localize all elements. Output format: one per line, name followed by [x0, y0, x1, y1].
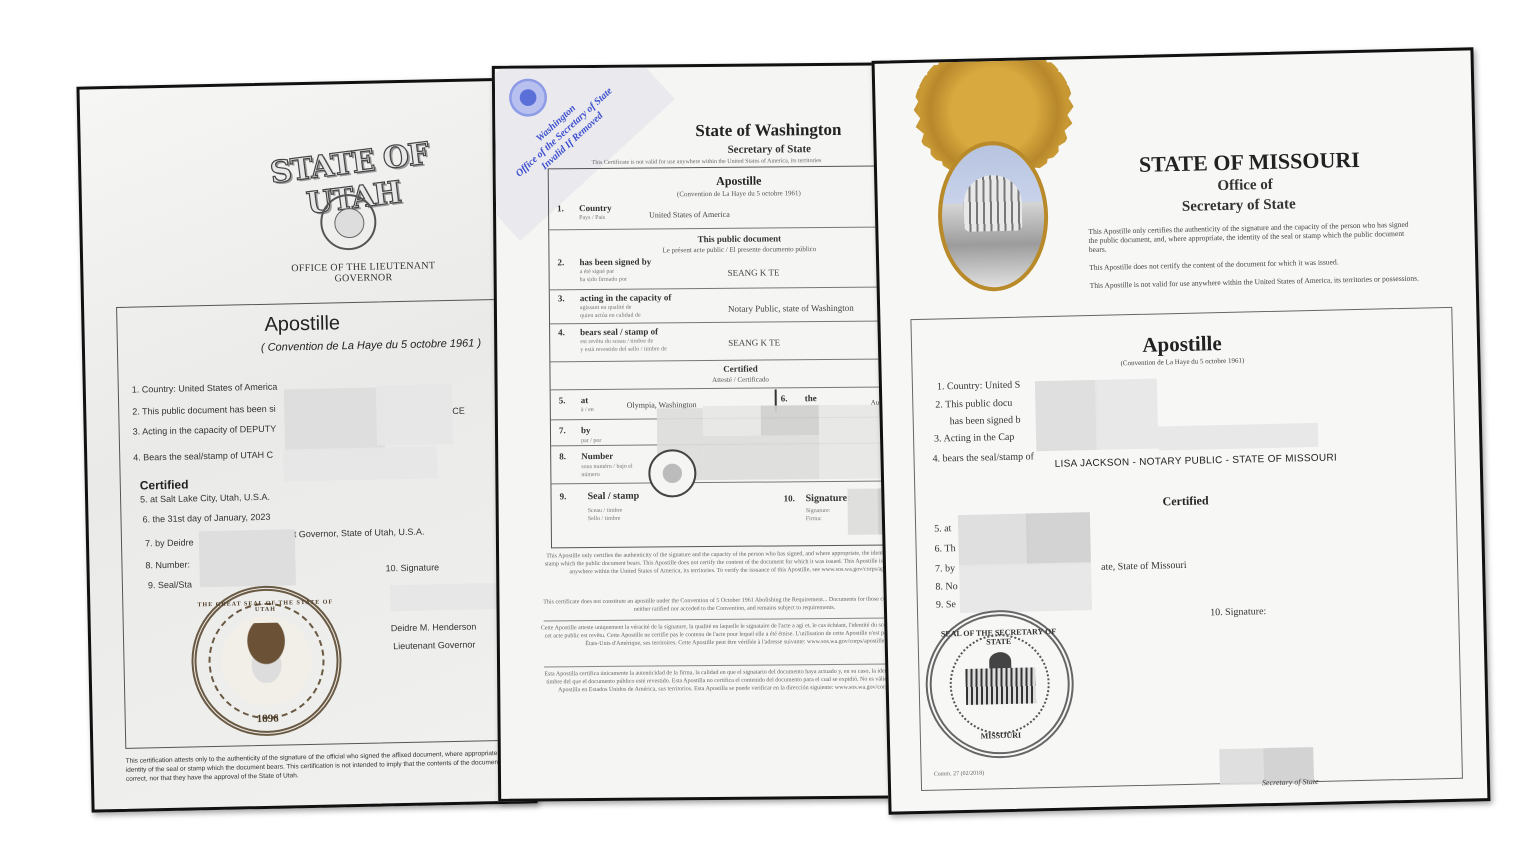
utah-signature-label: 10. Signature	[385, 562, 439, 573]
washington-signed-by-value: SEANG K TE	[728, 267, 780, 277]
washington-seal-of-value: SEANG K TE	[728, 337, 780, 347]
missouri-cert-field-5: 5. at	[934, 523, 951, 534]
redaction-block	[283, 446, 438, 481]
washington-state-seal-icon	[648, 449, 696, 497]
washington-notes-spanish: Esta Apostilla certifica únicamente la a…	[540, 667, 930, 694]
missouri-secretary-seal-icon: SEAL OF THE SECRETARY OF STATE MISSOURI	[924, 609, 1075, 760]
washington-country-value: United States of America	[649, 210, 730, 220]
redaction-block	[848, 489, 878, 535]
utah-certified-heading: Certified	[140, 477, 189, 492]
washington-notes-convention: This certificate does not constitute an …	[539, 595, 929, 614]
missouri-title: STATE OF MISSOURI	[1139, 147, 1360, 178]
redaction-block	[703, 406, 763, 437]
missouri-apostille-document: STATE OF MISSOURI Office of Secretary of…	[872, 47, 1491, 814]
missouri-cert-field-6: 6. Th	[934, 543, 955, 554]
missouri-certified-heading: Certified	[915, 488, 1455, 515]
missouri-para-1: This Apostille only certifies the authen…	[1088, 220, 1419, 254]
missouri-cert-field-7-tail: ate, State of Missouri	[1101, 560, 1187, 573]
missouri-para-2: This Apostille does not certify the cont…	[1089, 256, 1419, 272]
utah-office-heading: OFFICE OF THE LIEUTENANT GOVERNOR	[263, 260, 463, 286]
missouri-office-line2: Secretary of State	[1182, 196, 1296, 216]
washington-subtitle: Secretary of State	[727, 143, 811, 156]
redaction-block	[1026, 512, 1091, 565]
missouri-office-line1: Office of	[1217, 177, 1273, 195]
redaction-block	[199, 529, 296, 587]
utah-apostille-document: STATE OF UTAH OFFICE OF THE LIEUTENANT G…	[76, 77, 537, 812]
redaction-block	[1158, 423, 1319, 451]
utah-field-2-tail: CE	[452, 406, 465, 416]
redaction-block	[958, 513, 1029, 567]
washington-corner-seal-icon	[509, 78, 547, 116]
utah-apostille-title: Apostille	[264, 312, 340, 337]
missouri-field-4: 4. bears the seal/stamp of	[932, 451, 1034, 464]
washington-notes-french: Cette Apostille atteste uniquement la vé…	[540, 621, 930, 648]
redaction-block	[959, 562, 1092, 613]
redaction-block	[1095, 379, 1159, 450]
redaction-block	[376, 384, 453, 446]
washington-title: State of Washington	[695, 120, 841, 141]
redaction-block	[703, 435, 819, 480]
missouri-signature-caption: Secretary of State	[1262, 777, 1319, 787]
utah-great-seal-icon: THE GREAT SEAL OF THE STATE OF UTAH 1896	[190, 584, 343, 737]
washington-apostille-document: Washington Office of the Secretary of St…	[492, 62, 932, 802]
utah-signer-name: Deidre M. Henderson	[391, 621, 477, 633]
missouri-seal-of-value: LISA JACKSON - NOTARY PUBLIC - STATE OF …	[1055, 452, 1338, 469]
missouri-field-2b: has been signed b	[950, 415, 1021, 428]
missouri-field-1: 1. Country: United S	[937, 380, 1021, 393]
washington-country-label: Country	[579, 203, 612, 213]
missouri-field-3: 3. Acting in the Cap	[934, 432, 1015, 445]
redaction-block	[1219, 748, 1264, 785]
missouri-cert-field-9: 9. Se	[936, 599, 956, 610]
missouri-signature-label: 10. Signature:	[1210, 606, 1266, 618]
missouri-field-2: 2. This public docu	[935, 398, 1012, 411]
utah-footnote: This certification attests only to the a…	[125, 748, 525, 783]
washington-validity-note: This Certificate is not valid for use an…	[592, 158, 822, 166]
missouri-form-number: Comm. 27 (02/2018)	[934, 771, 985, 778]
utah-cert-field-7: 7. by Deidre	[145, 537, 194, 548]
utah-cert-field-8: 8. Number:	[145, 559, 190, 570]
redaction-block	[1035, 380, 1099, 451]
washington-notes-english: This Apostille only certifies the authen…	[539, 549, 929, 576]
redaction-block	[284, 387, 385, 451]
missouri-para-3: This Apostille is not valid for use anyw…	[1090, 274, 1420, 290]
utah-small-seal-icon	[320, 194, 377, 251]
utah-signer-title: Lieutenant Governor	[393, 640, 475, 652]
washington-capacity-value: Notary Public, state of Washington	[728, 303, 854, 314]
missouri-cert-field-7: 7. by	[935, 563, 955, 574]
utah-cert-field-9: 9. Seal/Sta	[148, 579, 192, 590]
missouri-cert-field-8: 8. No	[935, 581, 957, 593]
missouri-apostille-box: Apostille (Convention de La Haye du 5 oc…	[910, 307, 1463, 791]
redaction-block	[761, 405, 819, 436]
